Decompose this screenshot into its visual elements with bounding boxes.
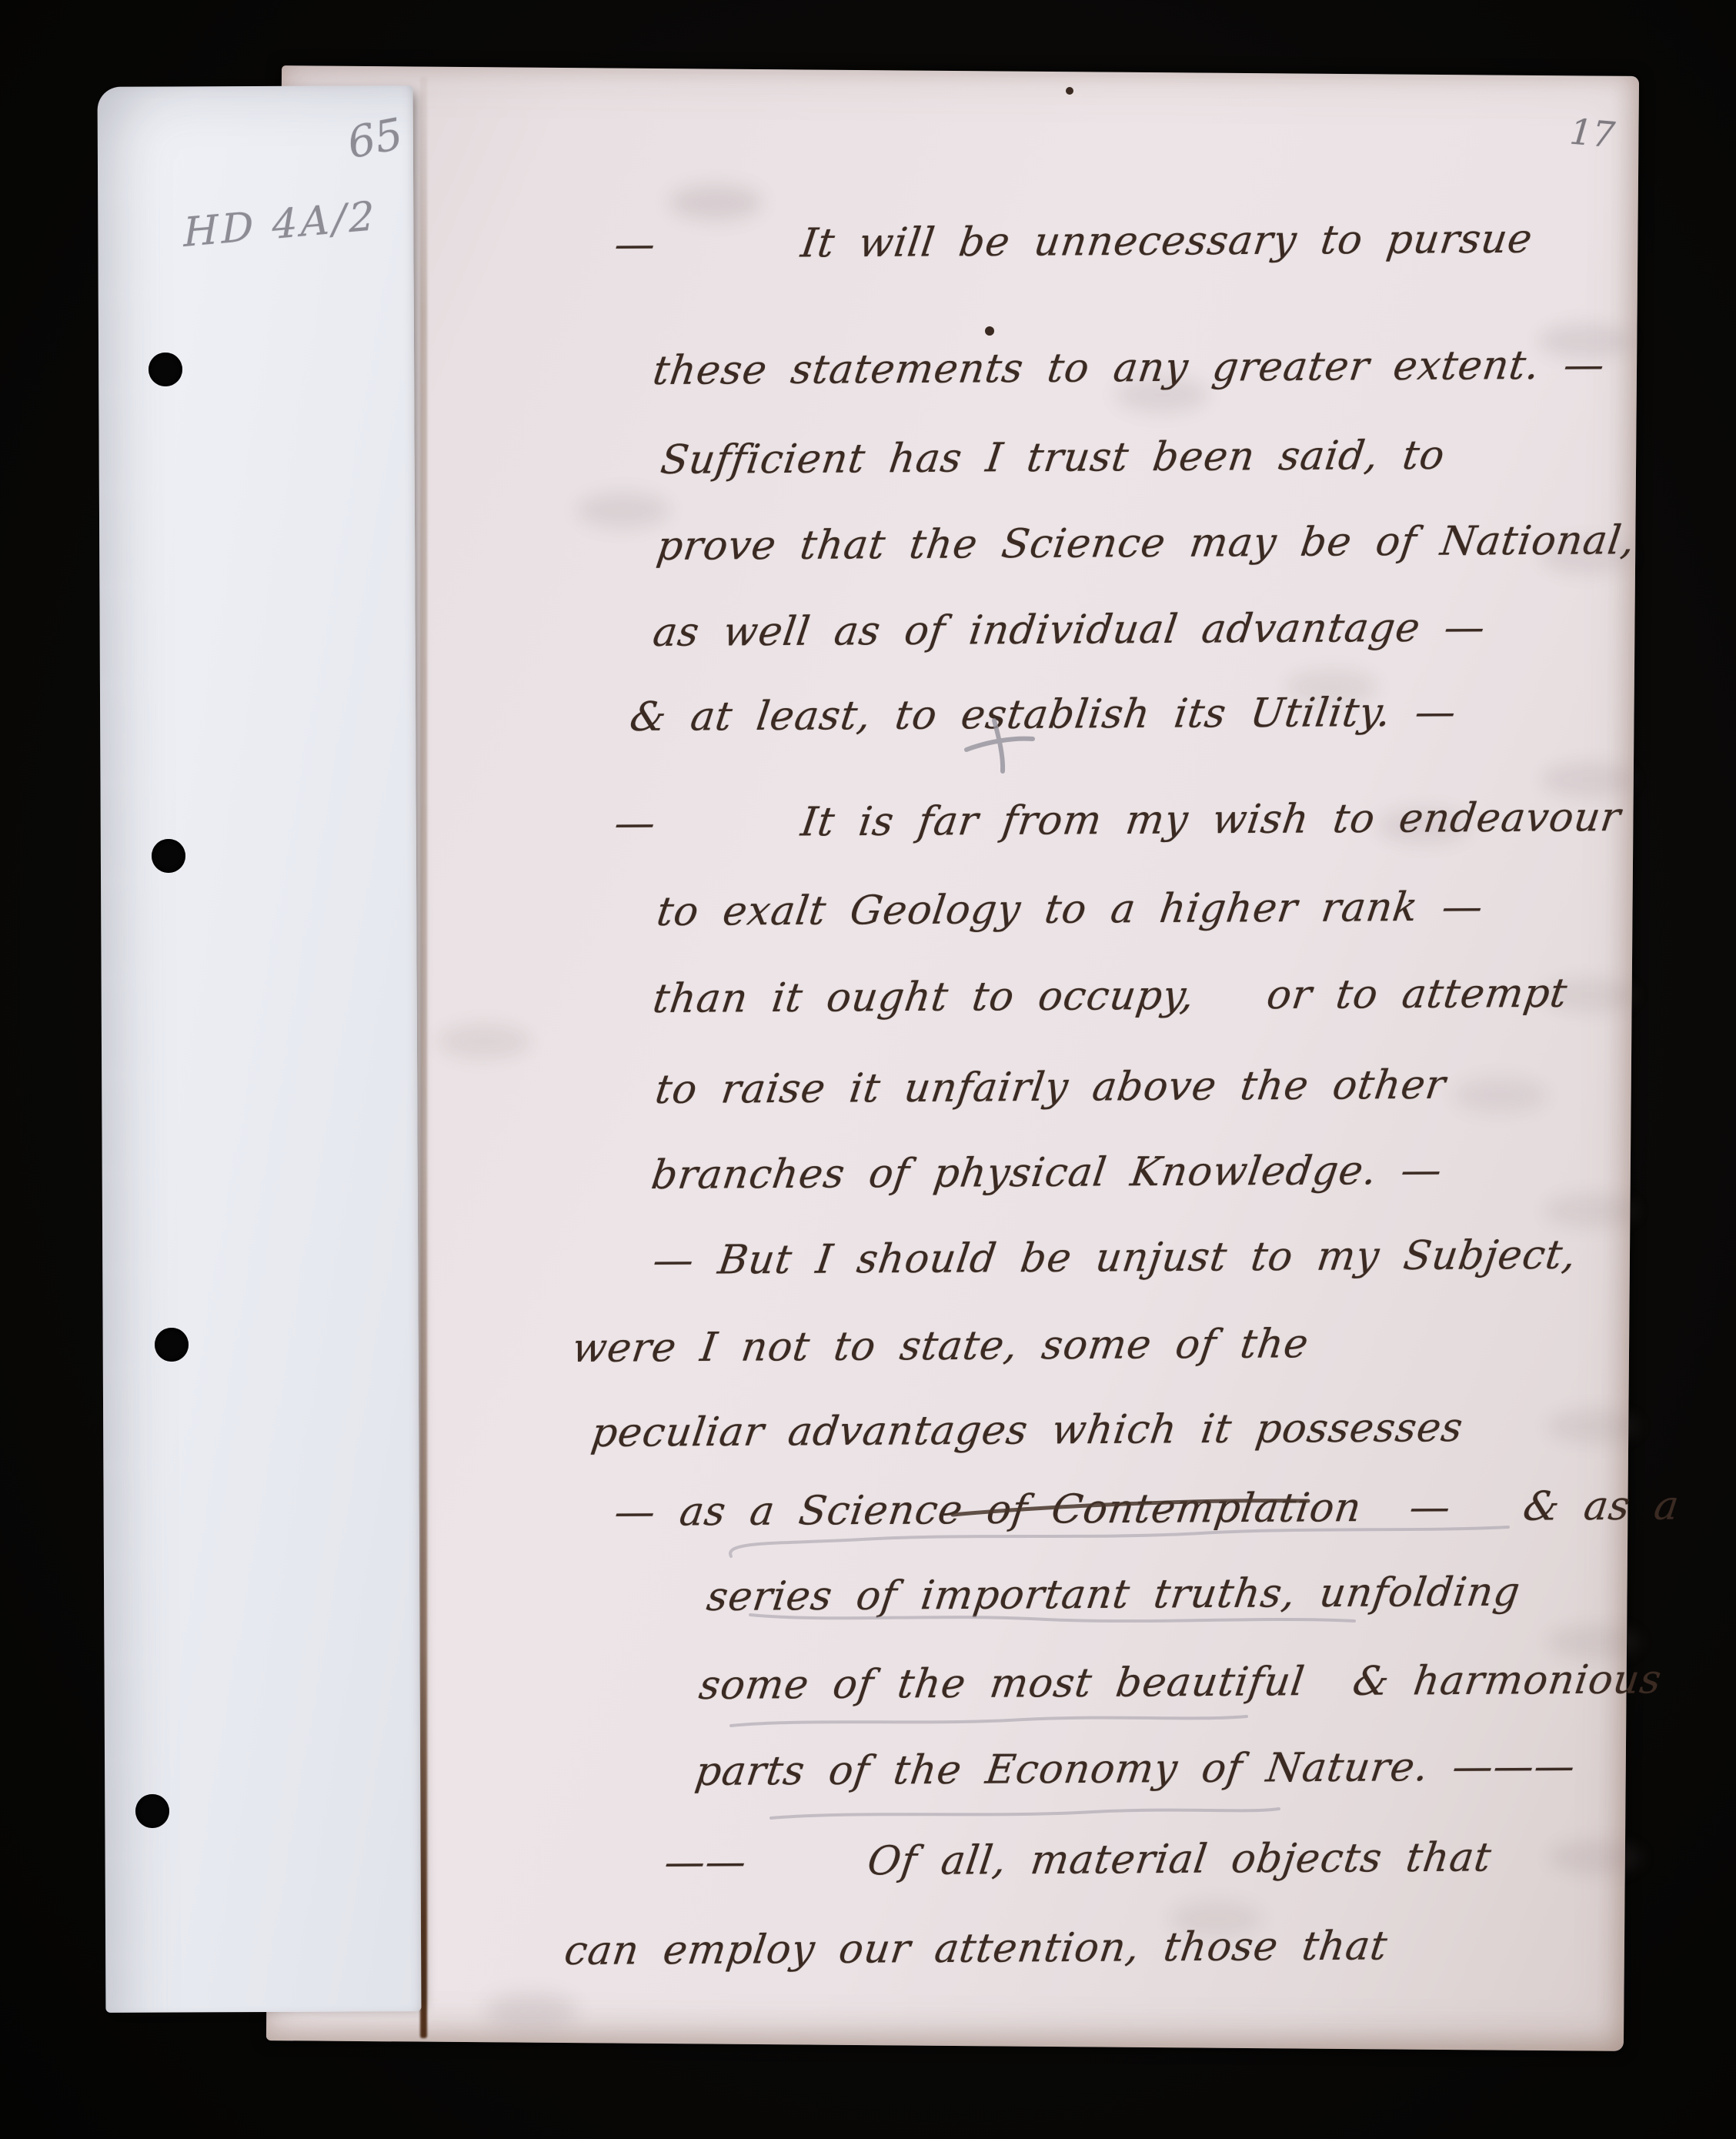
manuscript-line: Sufficient has I trust been said, to <box>658 433 1447 483</box>
manuscript-line: — It will be unnecessary to pursue <box>612 216 1535 268</box>
manuscript-line: — as a Science of Contemplation — & as a <box>612 1483 1682 1536</box>
punch-hole <box>152 839 185 873</box>
manuscript-line: — It is far from my wish to endeavour <box>612 794 1624 847</box>
guard-strip <box>98 85 422 2013</box>
folio-number-annotation: 65 <box>343 109 406 169</box>
manuscript-line: as well as of individual advantage — <box>650 604 1488 656</box>
manuscript-line: parts of the Economy of Nature. ——— <box>693 1743 1578 1795</box>
manuscript-line: to exalt Geology to a higher rank — <box>654 884 1486 935</box>
manuscript-line: —— Of all, material objects that <box>662 1834 1494 1886</box>
manuscript-line: some of the most beautiful & harmonious <box>696 1656 1664 1709</box>
punch-hole <box>155 1328 189 1362</box>
photograph-stage: 65 HD 4A/2 17 — It will be unnecessary t… <box>0 0 1736 2139</box>
manuscript-line: & at least, to establish its Utility. — <box>627 689 1459 740</box>
manuscript-line: these statements to any greater extent. … <box>650 342 1608 394</box>
manuscript-line: peculiar advantages which it possesses <box>589 1405 1466 1456</box>
punch-hole <box>149 353 182 386</box>
manuscript-line: prove that the Science may be of Nationa… <box>654 517 1638 570</box>
manuscript-line: series of important truths, unfolding <box>704 1569 1523 1620</box>
manuscript-line: can employ our attention, those that <box>562 1923 1390 1974</box>
manuscript-line: than it ought to occupy, or to attempt <box>650 971 1571 1022</box>
page-number: 17 <box>1568 111 1617 156</box>
manuscript-line: to raise it unfairly above the other <box>653 1062 1449 1113</box>
manuscript-line: — But I should be unjust to my Subject, <box>650 1232 1579 1284</box>
manuscript-line: branches of physical Knowledge. — <box>649 1148 1445 1198</box>
punch-hole <box>135 1794 169 1828</box>
manuscript-line: were I not to state, some of the <box>569 1321 1312 1372</box>
